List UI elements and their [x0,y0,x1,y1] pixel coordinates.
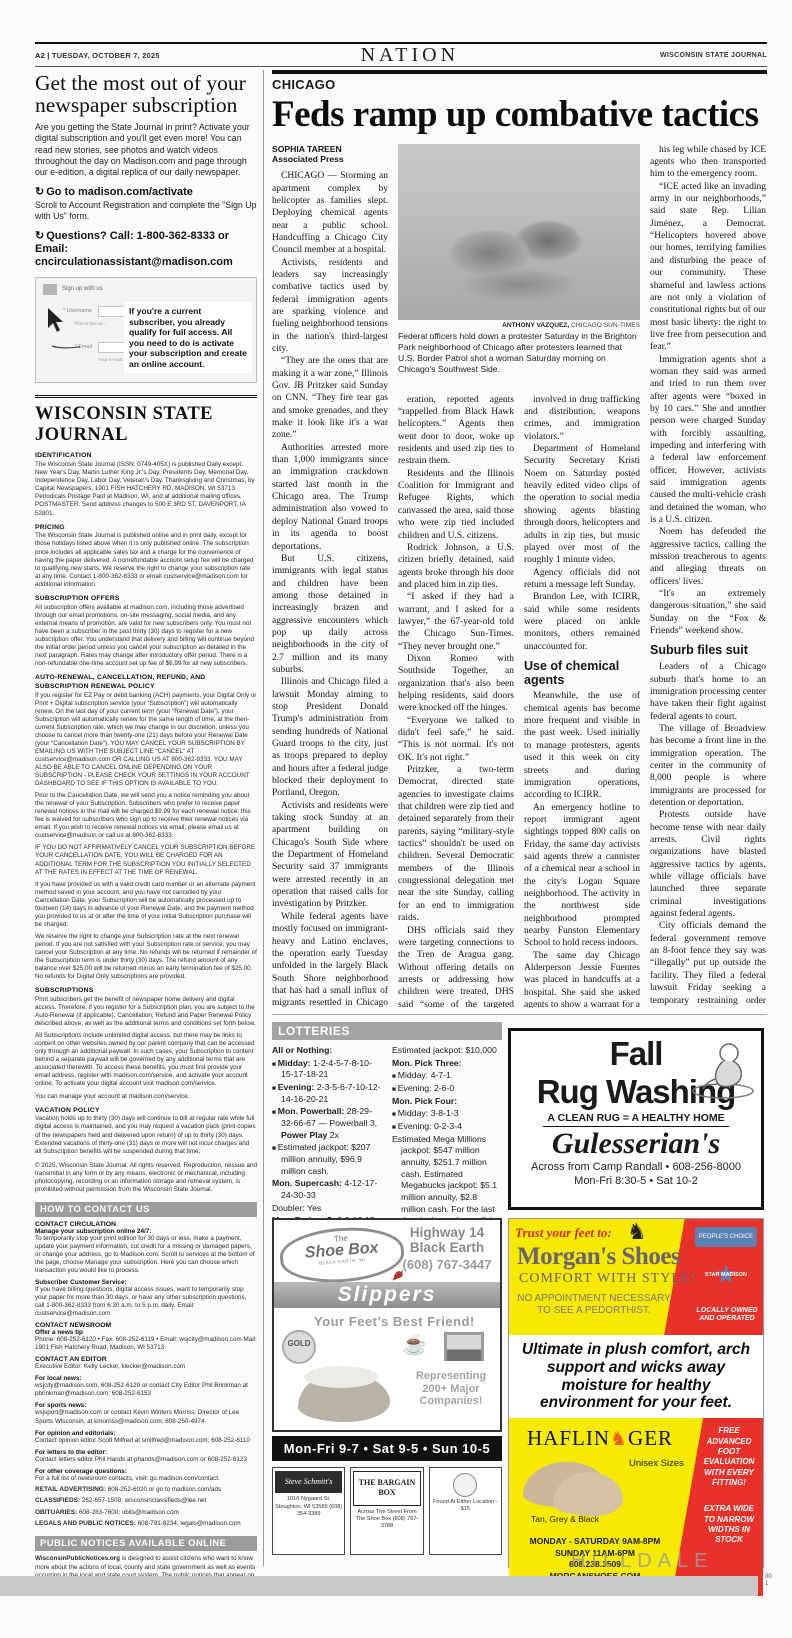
gulesserians-name: Gulesserian's [511,1129,761,1159]
promo-cta-questions: ↻Questions? Call: 1-800-362-8333 or Emai… [35,230,257,270]
section-rule [272,1014,767,1015]
promo-cta-activate: ↻Go to madison.com/activate [35,186,257,199]
shoebox-represent: Representing 200+ Major Companies! [408,1370,494,1408]
newspaper-page: A2 | TUESDAY, OCTOBER 7, 2025 NATION WIS… [0,0,792,1638]
page-header: A2 | TUESDAY, OCTOBER 7, 2025 NATION WIS… [35,42,767,67]
masthead-copyright: © 2025, Wisconsin State Journal. All rig… [35,1162,257,1194]
contact-local-news: For local news: wsjcity@madison.com, 608… [35,1375,257,1398]
shoebox-phone: (608) 767-3447 [399,1258,495,1272]
fireplace-icon [444,1332,484,1361]
ad-morgans-shoes: Trust your feet to: ♞ Morgan's Shoes COM… [508,1218,764,1568]
lottery-line: Evening: 2-3-5-6-7-10-12-14-16-20-21 [272,1082,382,1105]
ad-gulesserians: Fall Rug Washing A CLEAN RUG = A HEALTHY… [508,1028,764,1210]
contact-retail-advertising: RETAIL ADVERTISING: 608-252-6020 or go t… [35,1486,257,1494]
lottery-line: Mon. Supercash: 4-12-17-24-30-33 [272,1178,382,1201]
widths-label: EXTRA WIDE TO NARROW WIDTHS IN STOCK [698,1504,760,1546]
masthead-auto-renewal: AUTO-RENEWAL, CANCELLATION, REFUND, AND … [35,674,257,981]
morgans-slogan: COMFORT WITH STYLE! [519,1271,696,1287]
lottery-line: Evening: 2-6-0 [392,1083,502,1095]
lottery-line: Midday: 3-8-1-3 [392,1108,502,1120]
page-marker: 00 1 [765,1574,772,1588]
article-photo-block: ANTHONY VAZQUEZ, CHICAGO SUN-TIMES Feder… [398,144,640,375]
masthead-vacation-policy: VACATION POLICY Vacation holds up to thi… [35,1107,257,1156]
mug-icon: ☕ [402,1332,427,1357]
shoebox-main: The Shoe Box BLACK EARTH, WI Highway 14 … [272,1218,502,1432]
lottery-line: Estimated jackpot: $10,000 [392,1045,502,1057]
haflinger-horse-icon: ♞ [610,1428,628,1450]
circular-arrow-icon: ↻ [35,186,44,198]
form-logo [43,284,57,295]
paper-name: WISCONSIN STATE JOURNAL [660,52,767,59]
photo-caption: Federal officers hold down a protester S… [398,331,640,375]
lottery-line: Mon. Pick Three: [392,1058,502,1070]
main-article: CHICAGO Feds ramp up combative tactics A… [272,70,767,1008]
lottery-line: Doubler: Yes [272,1203,382,1215]
slippers-banner: Slippers [274,1282,500,1308]
haflinger-logo: HAFLIN♞GER [527,1426,673,1451]
byline-org: Associated Press [272,154,388,165]
page-edition: A2 | TUESDAY, OCTOBER 7, 2025 [35,51,160,60]
page-number: A2 [35,51,45,60]
promo-headline: Get the most out of your newspaper subsc… [35,72,257,117]
contact-opinion: For opinion and editorials: Contact opin… [35,1430,257,1445]
haflinger-slippers-photo [523,1462,609,1508]
lottery-line: Mon. Powerball: 28-29-32-66-67 — Powerba… [272,1106,382,1141]
article-headline: Feds ramp up combative tactics [272,96,767,134]
contact-newsroom: CONTACT NEWSROOM Offer a news tip Phone:… [35,1322,257,1352]
morgans-top: Trust your feet to: ♞ Morgan's Shoes COM… [509,1219,763,1335]
byline-name: SOPHIA TAREEN [272,144,388,155]
contact-banner: HOW TO CONTACT US [35,1202,257,1217]
free-evaluation-label: FREE ADVANCED FOOT EVALUATION WITH EVERY… [698,1426,760,1488]
masthead-title: WISCONSIN STATE JOURNAL [35,395,257,446]
promo-intro: Are you getting the State Journal in pri… [35,122,257,179]
article-column-4: his leg while chased by ICE agents who t… [650,144,766,1008]
article-kicker: CHICAGO [272,70,767,92]
subscriber-callout: If you're a current subscriber, you alre… [124,302,252,373]
contact-circulation: CONTACT CIRCULATION Manage your subscrip… [35,1221,257,1275]
masthead-subscription-offers: SUBSCRIPTION OFFERS All subscription off… [35,595,257,668]
rug-washer-illustration [689,1039,755,1101]
shoebox-address: Highway 14 Black Earth (608) 767-3447 [399,1226,495,1272]
cursor-arrow-icon [40,302,80,352]
promo-cta-activate-sub: Scroll to Account Registration and compl… [35,200,257,223]
lottery-line: Mon. Pick Four: [392,1096,502,1108]
contact-legals: LEGALS AND PUBLIC NOTICES: 608-791-8234;… [35,1520,257,1528]
lotteries-left-column: All or Nothing: Midday: 1-2-4-5-7-8-10-1… [272,1045,382,1240]
column-divider [263,70,264,1566]
ad-shoebox: The Shoe Box BLACK EARTH, WI Highway 14 … [272,1218,502,1555]
article-photo [398,144,640,320]
masthead-pricing: PRICING The Wisconsin State Journal is p… [35,524,257,589]
morgans-bottom: HAFLIN♞GER Unisex Sizes Tan, Grey & Blac… [509,1418,763,1596]
public-notices-banner: PUBLIC NOTICES AVAILABLE ONLINE [35,1536,257,1551]
article-body: ANTHONY VAZQUEZ, CHICAGO SUN-TIMES Feder… [272,144,767,1008]
lottery-line: Midday: 1-2-4-5-7-8-10-15-17-18-21 [272,1058,382,1081]
locally-owned-label: LOCALLY OWNED AND OPERATED [695,1307,759,1324]
morgans-name: Morgan's Shoes [517,1243,680,1271]
form-title: Sign up with us [62,286,103,292]
photo-credit: ANTHONY VAZQUEZ, CHICAGO SUN-TIMES [398,322,640,329]
mini-ad-steve-schmitts: Steve Schmitt's 1016 Nygaard St. Stought… [272,1467,345,1555]
contact-obituaries: OBITUARIES: 608-283-7600; obits@madison.… [35,1509,257,1517]
horse-rider-silhouette-icon: ♞ [627,1219,647,1245]
contact-classifieds: CLASSIFIEDS: 262-657-1500; wisconsinclas… [35,1497,257,1505]
hilldale-logo: HILLDALE [571,1550,714,1573]
article-column-1: SOPHIA TAREEN Associated Press CHICAGO —… [272,144,388,1008]
mini-ad-baseball: Found At Either Location - $15 [429,1467,502,1555]
morgans-band-text: Ultimate in plush comfort, arch support … [509,1335,763,1418]
left-column: Get the most out of your newspaper subsc… [35,72,257,1596]
contact-customer-service: Subscriber Customer Service: If you have… [35,1279,257,1318]
masthead-subscriptions: SUBSCRIPTIONS Print subscribers get the … [35,987,257,1100]
unisex-sizes-label: Unisex Sizes [629,1458,684,1469]
subhead-chemical-agents: Use of chemical agents [524,660,640,688]
gulesserians-tagline: A CLEAN RUG = A HEALTHY HOME [543,1112,728,1127]
star-madison-badge: ★STAR MADISON [705,1261,747,1279]
footer-bar [0,1576,758,1596]
baseball-icon [453,1473,477,1497]
mini-ad-bargain-box: THE BARGAIN BOX Across The Street From T… [350,1467,423,1555]
peoples-choice-badge: PEOPLE'S CHOICE [695,1227,757,1247]
shoebox-logo: The Shoe Box BLACK EARTH, WI [278,1224,405,1287]
lotteries-section: LOTTERIES All or Nothing: Midday: 1-2-4-… [272,1022,502,1240]
shoebox-hours: Mon-Fri 9-7 • Sat 9-5 • Sun 10-5 [272,1436,502,1461]
contact-sports-news: For sports news: wsjsport@madison.com or… [35,1402,257,1425]
lottery-line: Midday: 4-7-1 [392,1070,502,1082]
page-date: TUESDAY, OCTOBER 7, 2025 [52,51,160,60]
gulesserians-address: Across from Camp Randall • 608-256-8000 [511,1161,761,1173]
section-title: NATION [361,44,459,67]
signup-form-screenshot: Sign up with us * Username This is the n… [35,277,257,383]
gulesserians-hours: Mon-Fri 8:30-5 • Sat 10-2 [511,1175,761,1187]
slipper-photo [298,1372,390,1422]
contact-other: For other coverage questions: For a full… [35,1468,257,1483]
shoebox-tagline: Your Feet's Best Friend! [314,1314,475,1329]
contact-letters: For letters to the editor: Contact lette… [35,1449,257,1464]
circular-arrow-icon: ↻ [35,230,44,242]
morgans-no-appointment: NO APPOINTMENT NECESSARY TO SEE A PEDORT… [513,1293,675,1317]
subhead-suburb-suit: Suburb files suit [650,644,766,658]
lotteries-banner: LOTTERIES [272,1022,502,1040]
byline: SOPHIA TAREEN Associated Press [272,144,388,165]
colors-label: Tan, Grey & Black [531,1514,599,1525]
lottery-line: Evening: 0-2-3-4 [392,1121,502,1133]
lotteries-right-column: Estimated jackpot: $10,000 Mon. Pick Thr… [392,1045,502,1240]
masthead-identification: IDENTIFICATION The Wisconsin State Journ… [35,452,257,517]
contact-editor: CONTACT AN EDITOR Executive Editor: Kell… [35,1356,257,1371]
lottery-line: Estimated jackpot: $207 million annuity,… [272,1142,382,1177]
lottery-line: All or Nothing: [272,1045,382,1057]
gold-badge: GOLD [282,1330,316,1364]
email-help: Your e-mail... [98,358,126,363]
morgans-trust: Trust your feet to: [515,1225,612,1241]
